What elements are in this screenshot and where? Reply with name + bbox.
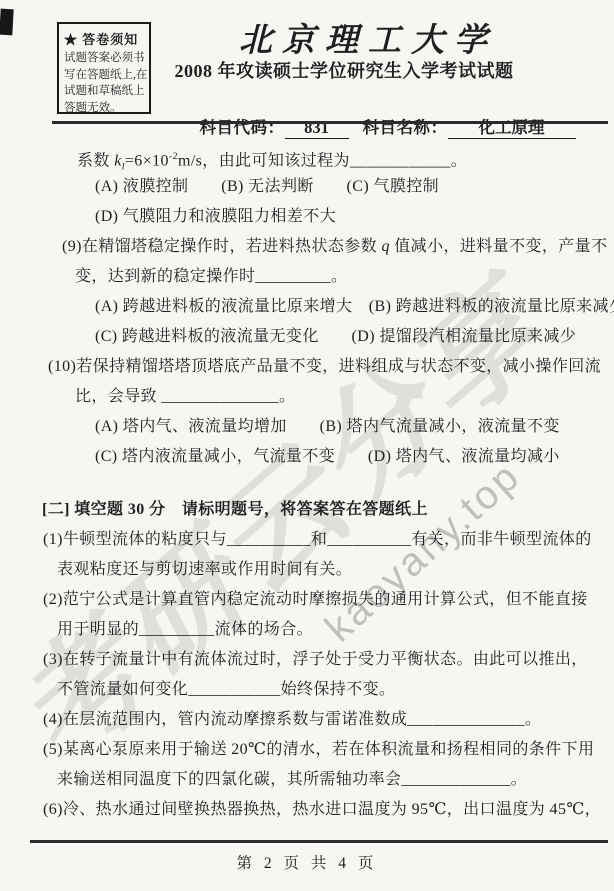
header-divider [52, 121, 608, 124]
text-line: (A) 塔内气、液流量均增加 (B) 塔内气流量减小，液流量不变 [0, 412, 614, 442]
text-line: (9)在精馏塔稳定操作时，若进料热状态参数 q 值减小，进料量不变，产量不 [0, 232, 614, 262]
subject-name-value: 化工原理 [448, 114, 576, 139]
text-line: (C) 塔内液流量减小，气流量不变 (D) 塔内气、液流量均减小 [0, 442, 614, 472]
text-segment: m/s，由此可知该过程为 [178, 152, 350, 169]
text-line: 变，达到新的稳定操作时_________。 [0, 262, 614, 292]
exam-title: 2008 年攻读硕士学位研究生入学考试试题 [124, 57, 564, 83]
text-line: (1)牛顿型流体的粘度只与__________和__________有关，而非牛… [0, 525, 614, 555]
text-line: (3)在转子流量计中有流体流过时，浮子处于受力平衡状态。由此可以推出， [0, 645, 614, 675]
text-line: 表观粘度还与剪切速率或作用时间有关。 [0, 555, 614, 585]
body-lines: 系数 kl=6×10-2m/s，由此可知该过程为____________。(A)… [0, 142, 614, 825]
text-segment: 。 [451, 152, 467, 169]
text-line: 比，会导致 ______________。 [0, 382, 614, 412]
formula-segment: k [114, 152, 122, 169]
text-line: [二] 填空题 30 分 请标明题号，将答案答在答题纸上 [0, 495, 614, 525]
text-line: 用于明显的_________流体的场合。 [0, 615, 614, 645]
text-segment: =6×10 [125, 152, 169, 169]
exam-paper-page: 考研云分享 kaoyany.top ★ 答卷须知 试题答案必须书写在答题纸上,在… [0, 0, 614, 891]
notice-line: 答题无效。 [64, 100, 145, 117]
university-title: 北京理工大学 [158, 14, 578, 61]
text-line: (5)某离心泵原来用于输送 20℃的清水，若在体积流量和扬程相同的条件下用 [0, 735, 614, 765]
notice-line: 试题和草稿纸上 [64, 83, 145, 100]
text-line: (A) 跨越进料板的液流量比原来增大 (B) 跨越进料板的液流量比原来减少 [0, 292, 614, 322]
text-line: (2)范宁公式是计算直管内稳定流动时摩擦损失的通用计算公式，但不能直接 [0, 585, 614, 615]
text-line: (C) 跨越进料板的液流量无变化 (D) 提馏段汽相流量比原来减少 [0, 322, 614, 352]
formula-segment: q [381, 238, 389, 255]
text-line: 系数 kl=6×10-2m/s，由此可知该过程为____________。 [0, 142, 614, 172]
text-line: (4)在层流范围内，管内流动摩擦系数与雷诺准数成______________。 [0, 705, 614, 735]
text-segment: ____________ [350, 152, 451, 169]
text-segment: 值减小，进料量不变，产量不 [390, 238, 608, 255]
text-line: (10)若保持精馏塔塔顶塔底产品量不变，进料组成与状态不变，减小操作回流 [0, 352, 614, 382]
page-number: 第 2 页 共 4 页 [0, 851, 614, 873]
text-line: 不管流量如何变化___________始终保持不变。 [0, 675, 614, 705]
text-line: (A) 液膜控制 (B) 无法判断 (C) 气膜控制 [0, 172, 614, 202]
text-line: (D) 气膜阻力和液膜阻力相差不大 [0, 202, 614, 232]
notice-title: ★ 答卷须知 [64, 29, 145, 48]
text-segment: (9)在精馏塔稳定操作时，若进料热状态参数 [62, 238, 381, 255]
text-segment: 系数 [77, 152, 114, 169]
formula-segment: -2 [169, 151, 178, 162]
text-line: (6)冷、热水通过间壁换热器换热，热水进口温度为 95℃，出口温度为 45℃， [0, 795, 614, 825]
footer-divider [30, 840, 608, 843]
scan-artifact [0, 9, 14, 36]
text-line: 来输送相同温度下的四氯化碳，其所需轴功率会_____________。 [0, 765, 614, 795]
